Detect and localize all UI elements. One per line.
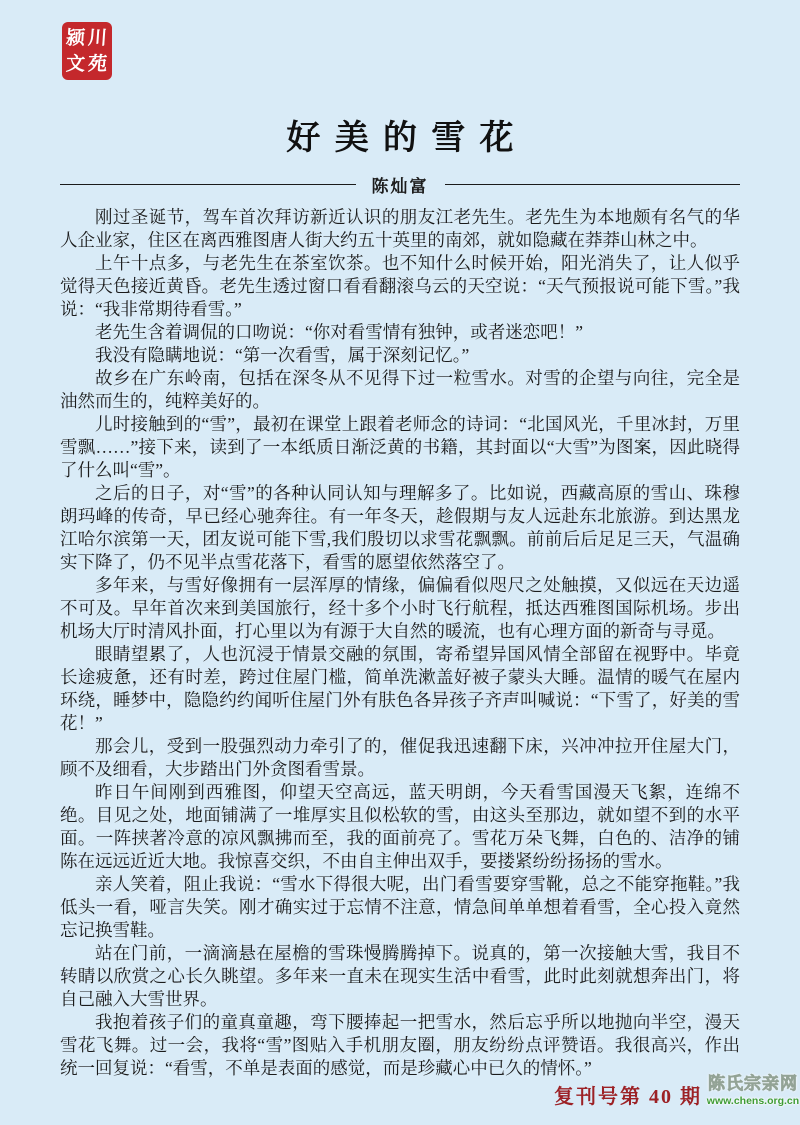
issue-number: 复刊号第 40 期	[554, 1080, 702, 1109]
byline-rule-left	[60, 184, 356, 185]
paragraph: 站在门前，一滴滴悬在屋檐的雪珠慢腾腾掉下。说真的，第一次接触大雪，我目不转睛以欣…	[60, 942, 740, 1011]
article-body: 刚过圣诞节，驾车首次拜访新近认识的朋友江老先生。老先生为本地颇有名气的华人企业家…	[60, 206, 740, 1080]
publication-seal: 颍 川 文 苑	[62, 22, 112, 80]
paragraph: 昨日午间刚到西雅图，仰望天空高远，蓝天明朗，今天看雪国漫天飞絮，连绵不绝。目见之…	[60, 781, 740, 873]
byline-rule-right	[445, 184, 741, 185]
site-watermark: 陈氏宗亲网 www.chens.org.cn	[706, 1074, 800, 1108]
paragraph: 亲人笑着，阻止我说：“雪水下得很大呢，出门看雪要穿雪靴，总之不能穿拖鞋。”我低头…	[60, 873, 740, 942]
paragraph: 多年来，与雪好像拥有一层浑厚的情缘，偏偏看似咫尺之处触摸，又似远在天边遥不可及。…	[60, 574, 740, 643]
seal-char-3: 文	[66, 55, 86, 74]
seal-char-4: 苑	[88, 55, 108, 74]
paragraph: 那会儿，受到一股强烈动力牵引了的，催促我迅速翻下床，兴冲冲拉开住屋大门，顾不及细…	[60, 735, 740, 781]
magazine-page: 颍 川 文 苑 好美的雪花 陈灿富 刚过圣诞节，驾车首次拜访新近认识的朋友江老先…	[0, 0, 800, 1125]
watermark-site-name: 陈氏宗亲网	[706, 1074, 800, 1094]
page-footer: 复刊号第 40 期 陈氏宗亲网 www.chens.org.cn	[554, 1074, 800, 1109]
paragraph: 我抱着孩子们的童真童趣，弯下腰捧起一把雪水，然后忘乎所以地抛向半空，漫天雪花飞舞…	[60, 1011, 740, 1080]
paragraph: 眼睛望累了，人也沉浸于情景交融的氛围，寄希望异国风情全部留在视野中。毕竟长途疲惫…	[60, 643, 740, 735]
seal-char-1: 颍	[66, 29, 86, 48]
paragraph: 刚过圣诞节，驾车首次拜访新近认识的朋友江老先生。老先生为本地颇有名气的华人企业家…	[60, 206, 740, 252]
paragraph: 故乡在广东岭南，包括在深冬从不见得下过一粒雪水。对雪的企望与向往，完全是油然而生…	[60, 367, 740, 413]
article-title: 好美的雪花	[0, 0, 800, 159]
seal-char-2: 川	[88, 29, 108, 48]
author-name: 陈灿富	[372, 172, 429, 197]
paragraph: 之后的日子，对“雪”的各种认同认知与理解多了。比如说，西藏高原的雪山、珠穆朗玛峰…	[60, 482, 740, 574]
paragraph: 我没有隐瞒地说：“第一次看雪，属于深刻记忆。”	[60, 344, 740, 367]
paragraph: 上午十点多，与老先生在茶室饮茶。也不知什么时候开始，阳光消失了，让人似乎觉得天色…	[60, 252, 740, 321]
watermark-site-url: www.chens.org.cn	[706, 1094, 800, 1108]
paragraph: 儿时接触到的“雪”，最初在课堂上跟着老师念的诗词：“北国风光，千里冰封，万里雪飘…	[60, 413, 740, 482]
paragraph: 老先生含着调侃的口吻说：“你对看雪情有独钟，或者迷恋吧！”	[60, 321, 740, 344]
author-byline: 陈灿富	[60, 172, 740, 197]
